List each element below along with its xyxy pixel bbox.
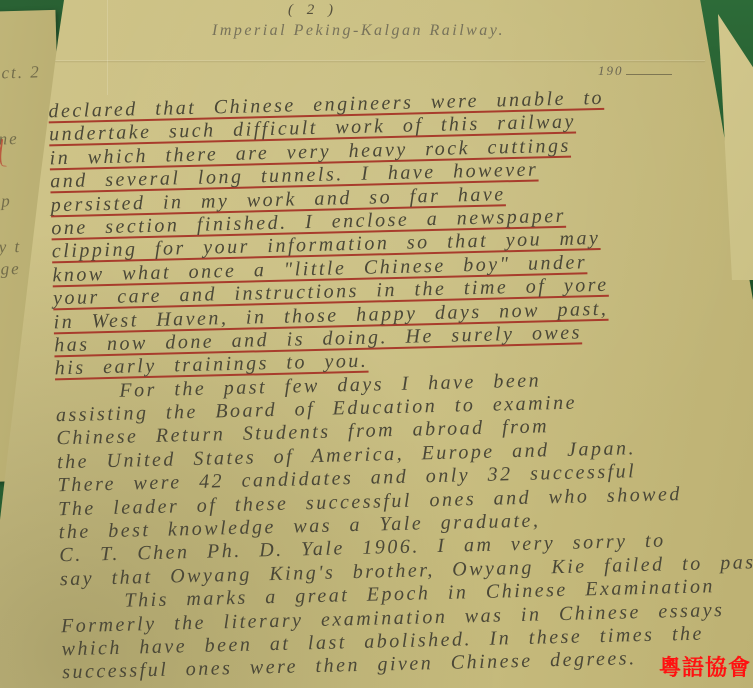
side-page-fragment: Oct. 2 [0, 62, 41, 83]
letter-body: declared that Chinese engineers were una… [0, 82, 753, 686]
photo-of-letter: Oct. 2eneuply trge ( 2 ) Imperial Peking… [0, 0, 753, 688]
letter-page: ( 2 ) Imperial Peking-Kalgan Railway. 19… [0, 0, 753, 688]
side-page-fragment: ene [0, 129, 19, 150]
side-page-fragment: ly t [0, 237, 22, 258]
paper-crease-horizontal [55, 60, 705, 61]
date-prefix: 190 [598, 63, 624, 78]
side-page-fragment: up [0, 191, 12, 212]
side-page-fragment: rge [0, 259, 21, 280]
date-blank-rule [626, 62, 672, 75]
paper-crease-vertical [107, 0, 108, 95]
watermark-text: 粵語協會 [659, 651, 751, 682]
letterhead-title: Imperial Peking-Kalgan Railway. [212, 22, 505, 40]
printed-date-line: 190 [598, 62, 672, 79]
page-number: ( 2 ) [288, 2, 338, 19]
